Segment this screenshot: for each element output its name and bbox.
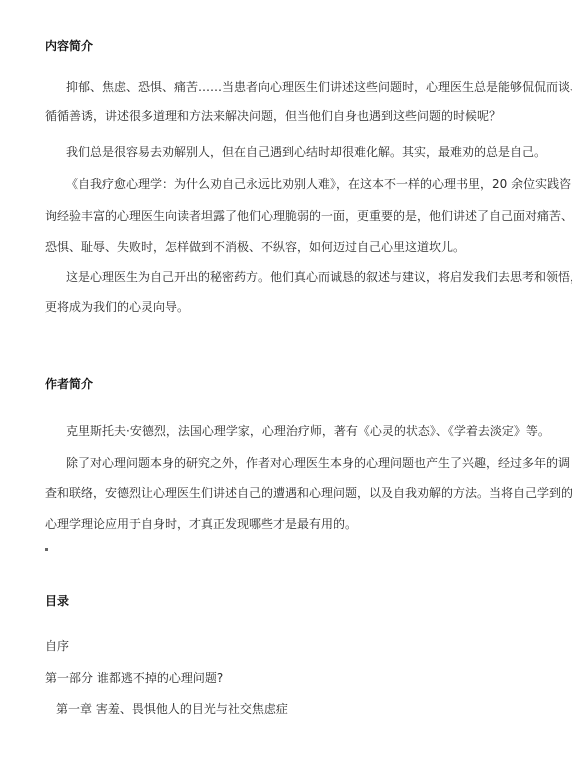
intro-paragraph-line: 循循善诱，讲述很多道理和方法来解决问题，但当他们自身也遇到这些问题的时候呢？ xyxy=(45,109,501,123)
toc-heading: 目录 xyxy=(45,594,69,608)
toc-item[interactable]: 第一章 害羞、畏惧他人的目光与社交焦虑症 xyxy=(56,702,288,716)
intro-paragraph-line: 我们总是很容易去劝解别人，但在自己遇到心结时却很难化解。其实，最难劝的总是自己。 xyxy=(66,145,546,159)
toc-item[interactable]: 自序 xyxy=(45,639,69,653)
intro-paragraph-line: 询经验丰富的心理医生向读者坦露了他们心理脆弱的一面，更重要的是，他们讲述了自己面… xyxy=(45,209,572,223)
intro-paragraph-line: 恐惧、耻辱、失败时，怎样做到不消极、不纵容，如何迈过自己心里这道坎儿。 xyxy=(45,240,465,254)
author-paragraph-line: 心理学理论应用于自身时，才真正发现哪些才是最有用的。 xyxy=(45,517,357,531)
bullet-dot xyxy=(45,548,48,551)
author-paragraph-line: 除了对心理问题本身的研究之外，作者对心理医生本身的心理问题也产生了兴趣，经过多年… xyxy=(66,456,570,470)
intro-paragraph-line: 更将成为我们的心灵向导。 xyxy=(45,300,189,314)
author-heading: 作者简介 xyxy=(45,377,93,391)
author-paragraph-line: 查和联络，安德烈让心理医生们讲述自己的遭遇和心理问题，以及自我劝解的方法。当将自… xyxy=(45,486,572,500)
intro-paragraph-line: 《自我疗愈心理学：为什么劝自己永远比劝别人难》，在这本不一样的心理书里，20 余… xyxy=(66,177,571,191)
intro-paragraph-line: 这是心理医生为自己开出的秘密药方。他们真心而诚恳的叙述与建议，将启发我们去思考和… xyxy=(66,270,572,284)
author-paragraph-line: 克里斯托夫·安德烈，法国心理学家，心理治疗师，著有《心灵的状态》、《学着去淡定》… xyxy=(66,424,550,438)
intro-paragraph-line: 抑郁、焦虑、恐惧、痛苦……当患者向心理医生们讲述这些问题时，心理医生总是能够侃侃… xyxy=(66,80,572,94)
toc-item[interactable]: 第一部分 谁都逃不掉的心理问题? xyxy=(45,671,223,685)
intro-heading: 内容简介 xyxy=(45,39,93,53)
